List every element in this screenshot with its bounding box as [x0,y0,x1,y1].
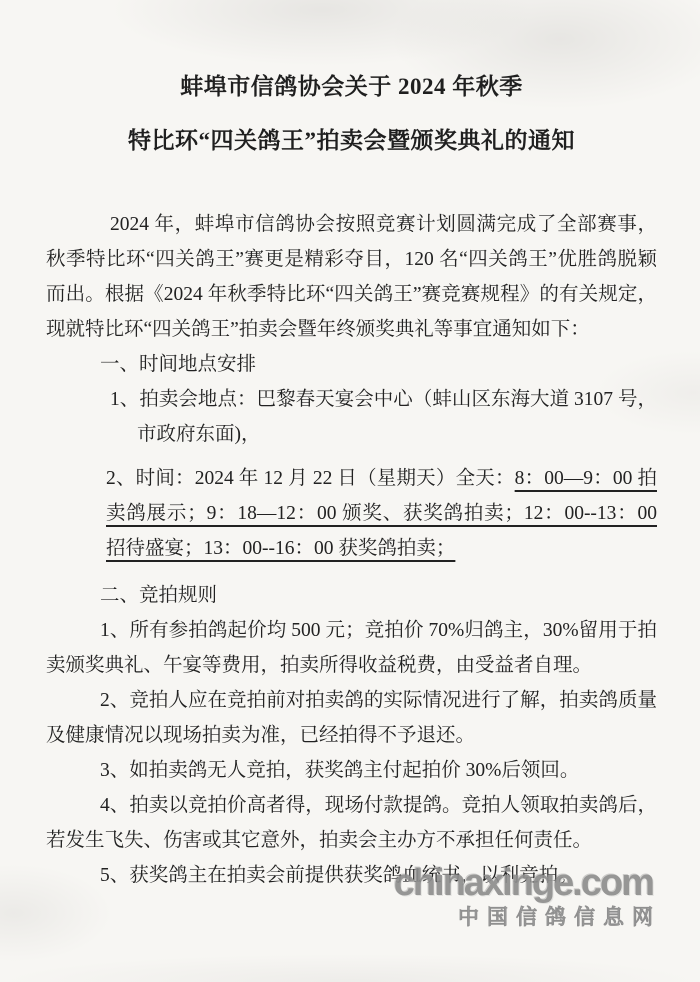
scanned-notice-page: 蚌埠市信鸽协会关于 2024 年秋季 特比环“四关鸽王”拍卖会暨颁奖典礼的通知 … [0,0,700,982]
time-item-prefix: 2、时间：2024 年 12 月 22 日（星期天）全天： [106,468,515,489]
rule-item-5: 5、获奖鸽主在拍卖会前提供获奖鸽血统书，以利竞拍。 [46,858,657,893]
doc-title-line-1: 蚌埠市信鸽协会关于 2024 年秋季 [46,72,657,102]
rule-item-1: 1、所有参拍鸽起价均 500 元；竞拍价 70%归鸽主，30%留用于拍卖颁奖典礼… [46,613,657,683]
intro-paragraph: 2024 年，蚌埠市信鸽协会按照竞赛计划圆满完成了全部赛事，秋季特比环“四关鸽王… [46,207,657,347]
auction-location-item: 1、拍卖会地点：巴黎春天宴会中心（蚌山区东海大道 3107 号，市政府东面)， [137,382,657,452]
rule-item-4: 4、拍卖以竞拍价高者得，现场付款提鸽。竞拍人领取拍卖鸽后，若发生飞失、伤害或其它… [46,788,657,858]
notice-document: 蚌埠市信鸽协会关于 2024 年秋季 特比环“四关鸽王”拍卖会暨颁奖典礼的通知 … [0,0,700,982]
doc-title-line-2: 特比环“四关鸽王”拍卖会暨颁奖典礼的通知 [46,126,657,156]
rule-item-3: 3、如拍卖鸽无人竞拍，获奖鸽主付起拍价 30%后领回。 [46,753,657,788]
rule-item-2: 2、竞拍人应在竞拍前对拍卖鸽的实际情况进行了解，拍卖鸽质量及健康情况以现场拍卖为… [46,683,657,753]
section-2-heading: 二、竞拍规则 [46,578,657,613]
auction-time-item: 2、时间：2024 年 12 月 22 日（星期天）全天：8：00—9：00 拍… [106,461,657,566]
section-1-heading: 一、时间地点安排 [46,347,657,382]
